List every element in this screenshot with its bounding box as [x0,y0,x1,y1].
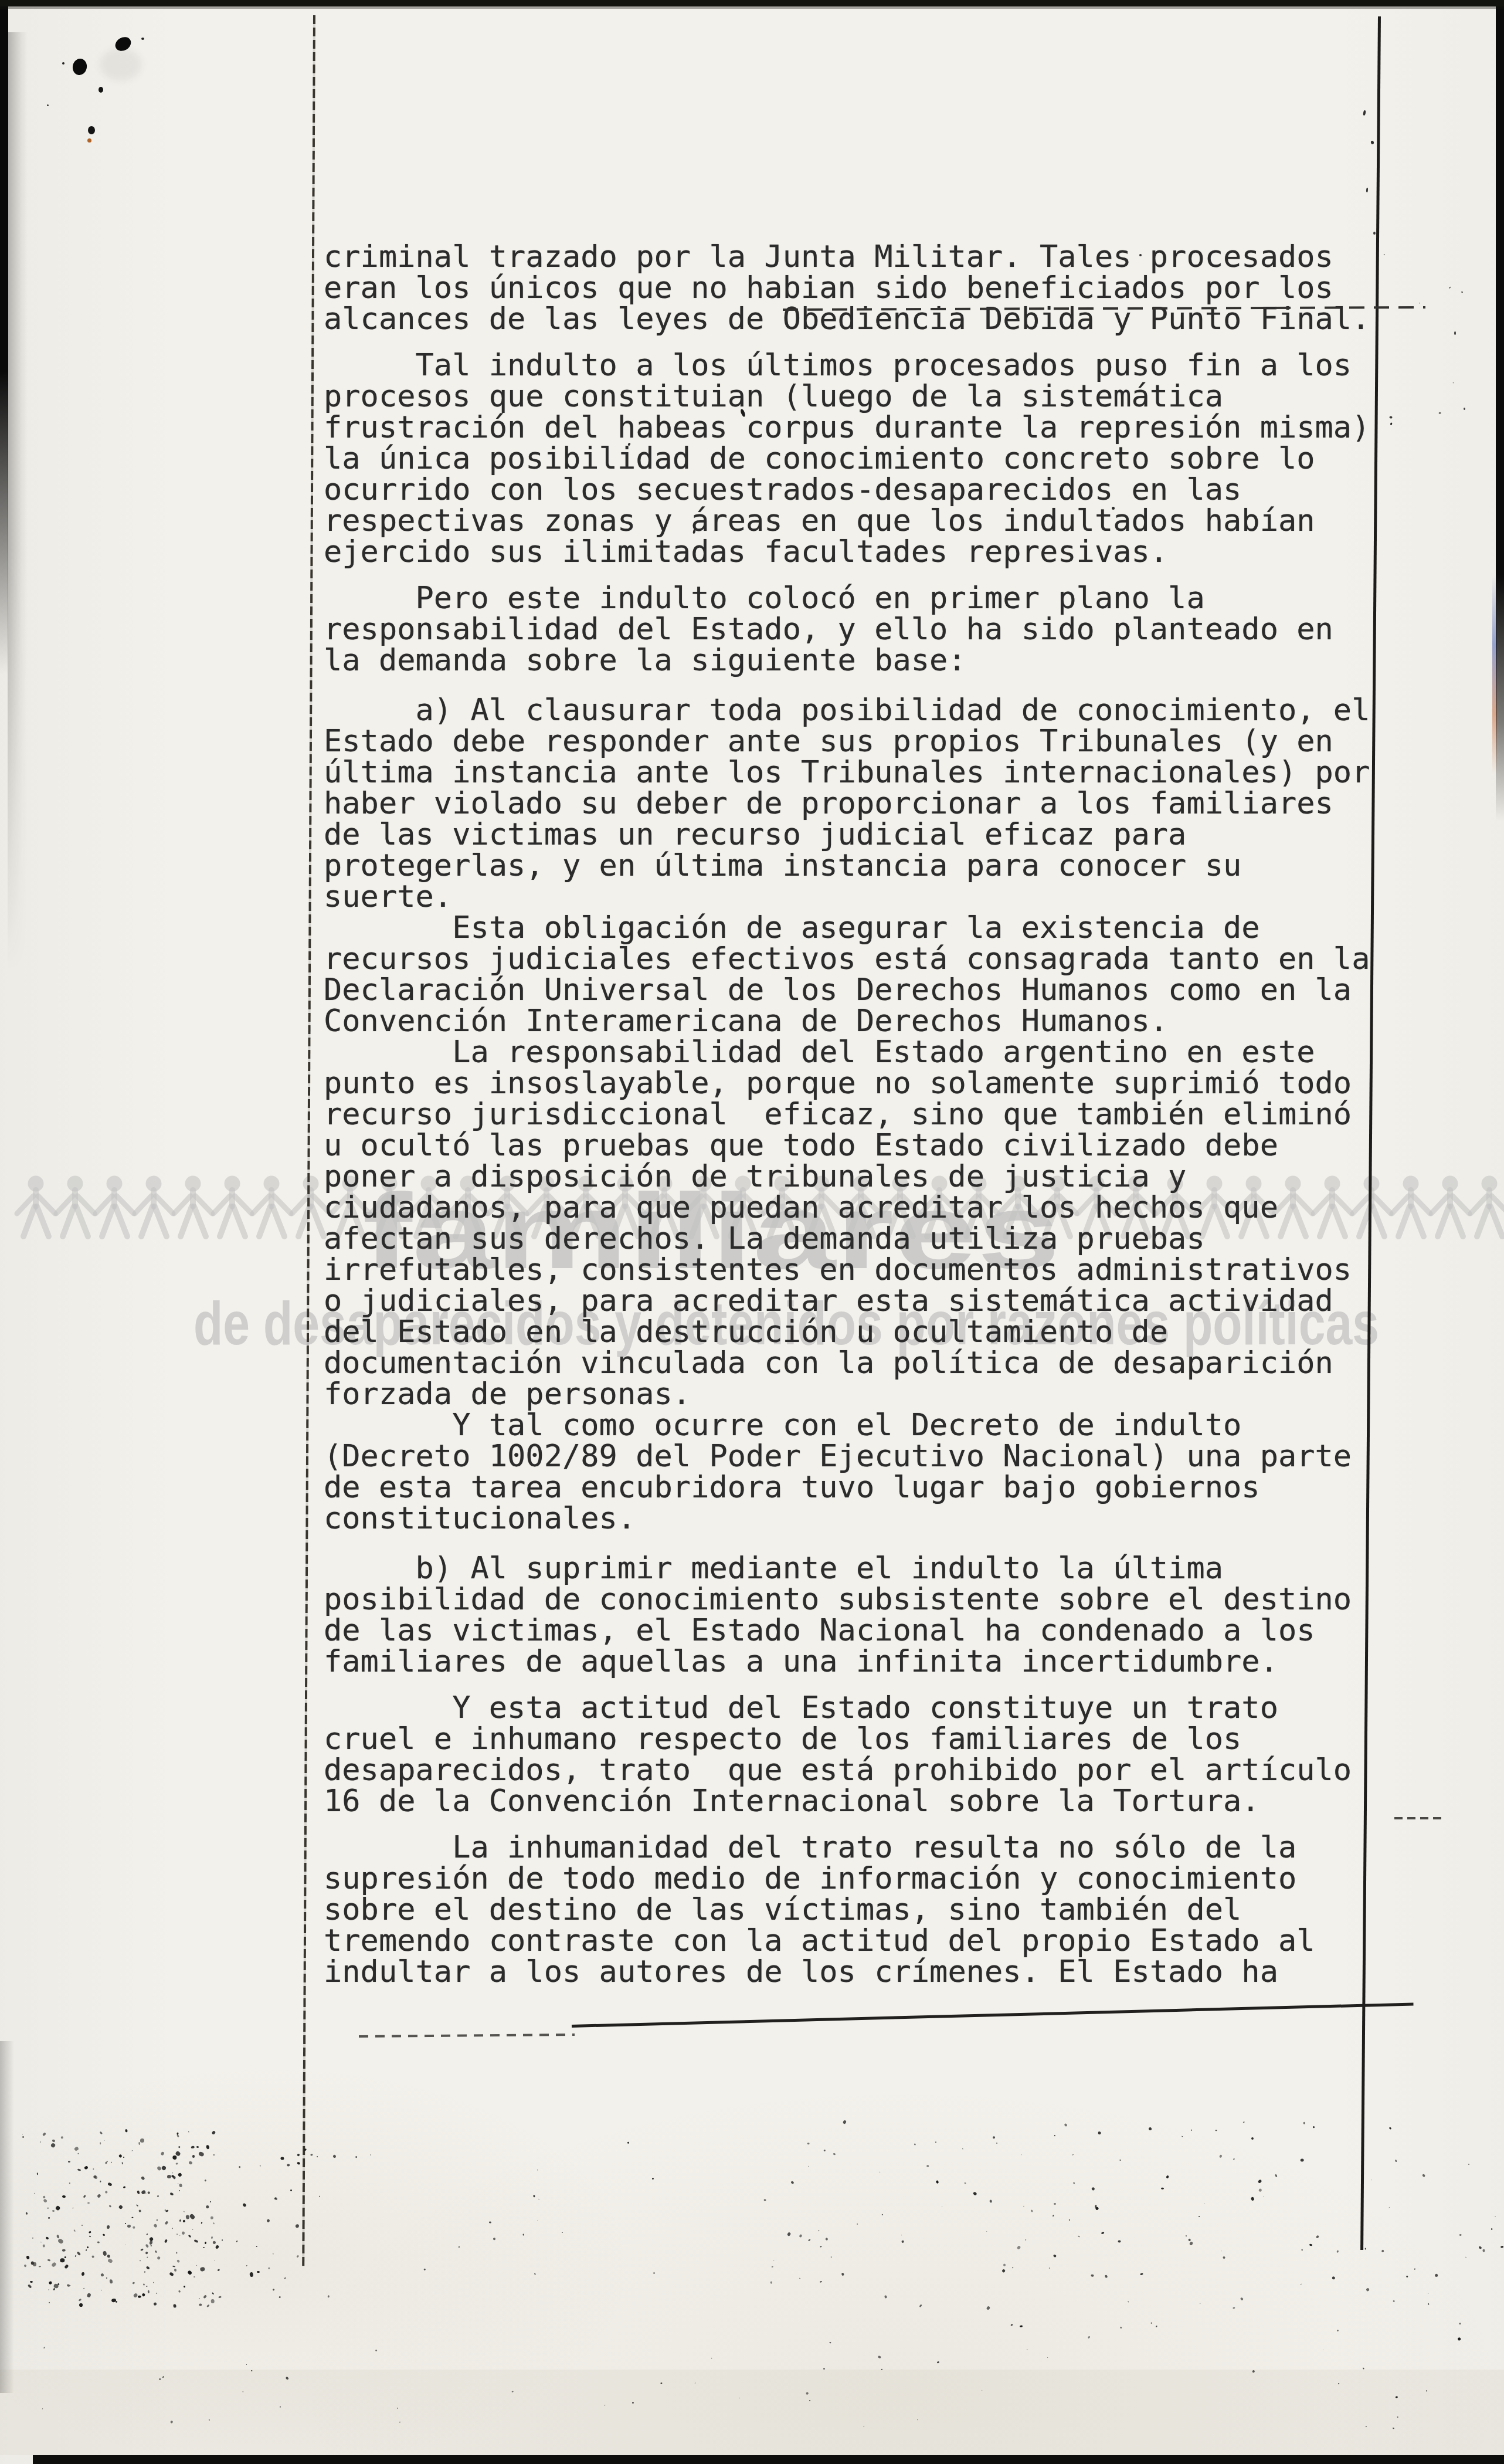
ink-speck [22,2134,22,2134]
ink-speck [878,2355,881,2358]
ink-speck [133,2282,135,2284]
ink-speck [1366,2287,1370,2292]
ink-speck [165,2209,169,2212]
ink-speck [61,2136,64,2139]
ink-speck [107,2255,111,2258]
paragraph-block: La inhumanidad del trato resulta no sólo… [324,1832,1426,1988]
text-line: Pero este indulto colocó en primer plano… [324,583,1426,614]
ink-speck [127,2225,130,2228]
ink-speck [1200,2303,1201,2304]
text-line: constitucionales. [324,1503,1426,1534]
ink-speck [371,2154,372,2155]
ink-speck [1428,2303,1430,2305]
ink-speck [132,2226,135,2229]
ink-speck [1454,331,1456,335]
ink-speck [820,2246,821,2248]
ink-speck [206,2145,209,2149]
ink-speck [176,2252,177,2253]
ink-speck [1336,2251,1339,2253]
ink-speck [901,2235,902,2236]
ink-speck [287,2164,290,2166]
ink-speck [522,2233,524,2235]
ink-speck [884,2294,887,2298]
text-line: sobre el destino de las víctimas, sino t… [324,1894,1426,1926]
ink-speck [155,2251,157,2253]
ink-speck [104,2191,107,2193]
ink-speck [993,2136,996,2138]
text-line: respectivas zonas y áreas en que los ind… [324,506,1426,537]
scan-edge-left-shadow [8,32,28,971]
ink-speck [185,2215,189,2219]
ink-speck [24,2264,27,2267]
ink-speck [87,2246,89,2249]
ink-speck [156,2166,161,2171]
ink-speck [79,2298,82,2301]
ink-speck [194,2239,199,2243]
ink-speck [1482,2249,1485,2252]
ink-speck [178,2290,181,2293]
ink-speck [1381,2249,1385,2253]
ink-speck [211,2236,213,2239]
ink-speck [176,2132,179,2134]
ink-speck [1128,2301,1129,2303]
ink-speck [47,2259,50,2261]
ink-speck [1457,2337,1461,2341]
ink-speck [111,2162,112,2163]
left-margin-line [302,15,315,2266]
ink-speck [257,2271,260,2273]
ink-speck [212,2131,216,2135]
ink-speck [1156,2325,1158,2327]
ink-speck [256,2246,257,2247]
ink-speck [1204,2204,1205,2204]
ink-speck [773,2260,774,2261]
ink-speck [942,2206,942,2207]
ink-speck [537,2170,538,2170]
ink-speck [1139,254,1142,256]
ink-speck [141,2176,145,2181]
ink-speck [97,2242,100,2244]
ink-speck [123,2186,125,2188]
text-line: a) Al clausurar toda posibilidad de cono… [324,695,1426,726]
text-line: Declaración Universal de los Derechos Hu… [324,975,1426,1006]
ink-speck [1001,2269,1006,2273]
ink-speck [86,2249,87,2251]
ink-speck [1010,2324,1013,2327]
ink-speck [74,2255,76,2257]
ink-speck [62,2249,66,2251]
ink-speck [125,2223,127,2224]
ink-speck [179,2183,183,2187]
ink-speck [187,2270,192,2275]
ink-speck [1140,2273,1143,2276]
ink-speck [1300,2158,1304,2163]
scan-edge-bottom [33,2455,1504,2464]
ink-speck [57,2238,64,2244]
ink-speck [272,2289,274,2291]
ink-speck [193,2276,195,2277]
ink-speck [880,2171,880,2172]
ink-speck [1021,2154,1022,2155]
ink-speck [1149,2127,1153,2131]
ink-speck [43,2132,46,2136]
ink-speck [1243,2121,1245,2123]
ink-speck [246,2265,247,2266]
ink-speck [99,87,103,93]
text-line: familiares de aquellas a una infinita in… [324,1646,1426,1677]
ink-speck [68,2161,70,2163]
ink-speck [184,2211,185,2212]
text-line: Y tal como ocurre con el Decreto de indu… [324,1410,1426,1441]
ink-speck [188,2131,189,2133]
text-line: forzada de personas. [324,1379,1426,1410]
ink-speck [1373,232,1376,235]
ink-speck [147,2191,151,2195]
ink-speck [64,2264,69,2269]
ink-speck [199,2303,202,2306]
ink-speck [653,2272,655,2274]
ink-speck [1166,2175,1169,2180]
ink-speck [1016,2245,1021,2250]
ink-speck [799,2277,800,2279]
text-line: ocurrido con los secuestrados-desapareci… [324,475,1426,506]
ink-speck [297,2153,300,2156]
text-line: Tal indulto a los últimos procesados pus… [324,350,1426,381]
ink-speck [99,2131,102,2134]
ink-speck [829,2342,831,2344]
ink-speck [238,2166,241,2169]
ink-speck [206,2304,209,2308]
text-line: la única posibilidad de conocimiento con… [324,443,1426,475]
ink-speck [296,2224,300,2228]
ink-speck [1301,2284,1302,2285]
ink-speck [1332,2276,1335,2280]
ink-speck [201,2222,203,2224]
ink-speck [304,2148,307,2151]
ink-speck [161,2165,167,2171]
ink-speck [1220,2250,1221,2251]
ink-speck [1216,2130,1217,2131]
ink-speck [73,2229,76,2232]
ink-speck [1316,2235,1319,2239]
ink-speck [64,2256,67,2259]
ink-speck [157,2195,159,2198]
text-line: responsabilidad del Estado, y ello ha si… [324,614,1426,645]
ink-speck [74,2147,79,2151]
ink-speck [1011,2267,1013,2268]
ink-speck [919,2304,922,2307]
ink-speck [1494,2216,1496,2217]
ink-speck [1258,2188,1262,2192]
ink-speck [169,2272,175,2276]
ink-speck [841,2273,845,2276]
ink-speck [1251,2137,1254,2139]
ink-speck [423,2268,426,2270]
ink-speck [807,2143,810,2144]
ink-speck [172,2172,173,2174]
scan-edge-left-bottom [0,2041,14,2393]
ink-speck [145,2251,148,2255]
ink-speck [538,2199,539,2200]
ink-speck [67,2284,70,2287]
ink-speck [1101,2232,1105,2235]
ink-speck [332,2154,337,2158]
ink-speck [1263,2197,1264,2197]
ink-speck [176,2134,179,2138]
ink-speck [77,2153,79,2154]
ink-speck [178,2182,179,2183]
ink-speck [1366,188,1369,192]
ink-speck [188,2234,191,2238]
ink-speck [212,2241,216,2244]
ink-speck [1240,2297,1244,2301]
text-line: La inhumanidad del trato resulta no sólo… [324,1832,1426,1863]
ink-speck [203,2294,208,2299]
ink-speck [146,2286,148,2287]
ink-speck [1003,2263,1006,2266]
scanned-page: familiares de desaparecidos y detenidos … [0,0,1504,2464]
ink-speck [51,2262,57,2268]
ink-speck [181,2231,185,2235]
ink-speck [1072,2154,1074,2155]
ink-speck [82,2272,84,2276]
ink-speck [320,2195,321,2197]
ink-speck [26,2255,30,2259]
ink-speck [25,2212,28,2215]
text-line: (Decreto 1002/89 del Poder Ejecutivo Nac… [324,1441,1426,1472]
ink-speck [179,2190,180,2191]
ink-speck [33,2262,37,2266]
ink-speck [1396,2160,1397,2162]
ink-speck [196,2265,197,2266]
ink-speck [1302,2249,1303,2251]
text-line: la demanda sobre la siguiente base: [324,645,1426,676]
text-line: de las victimas un recurso judicial efic… [324,819,1426,850]
paragraph-block: a) Al clausurar toda posibilidad de cono… [324,695,1426,1534]
ink-speck [902,2241,904,2243]
ink-speck [178,2146,180,2148]
ink-speck [47,104,49,106]
ink-speck [1181,2136,1183,2137]
ink-speck [1189,2241,1193,2246]
ink-speck [266,2219,270,2223]
ink-speck [189,2161,193,2165]
ink-speck [268,2268,270,2270]
paragraph-block: Tal indulto a los últimos procesados pus… [324,350,1426,568]
ink-speck [914,2143,916,2145]
ink-speck [43,2347,45,2349]
ink-speck [820,2280,822,2282]
ink-speck [1191,2130,1192,2131]
ink-speck [250,2370,252,2372]
ink-speck [156,2293,158,2294]
ink-speck [93,2168,94,2170]
text-line: recursos judiciales efectivos está consa… [324,944,1426,975]
ink-speck [55,2205,60,2211]
ink-speck [214,2260,215,2260]
ink-speck [1069,2219,1070,2221]
ink-speck [488,2221,491,2224]
ink-speck [140,2138,145,2143]
ink-speck [34,2193,35,2194]
ink-speck [1461,292,1463,293]
ink-speck [205,2205,209,2208]
ink-speck [1219,2154,1223,2158]
text-line: indultar a los autores de los crímenes. … [324,1957,1426,1988]
ink-speck [212,2292,214,2294]
ink-speck [1091,2187,1095,2191]
ink-speck [198,2151,205,2157]
ink-speck [211,2299,215,2303]
ink-speck [82,2225,83,2226]
ink-speck [857,2224,858,2225]
ink-speck [1309,2244,1313,2246]
ink-speck [1464,408,1465,410]
ink-speck [1405,2275,1408,2277]
ink-speck [135,2204,138,2207]
ink-speck [179,2235,180,2236]
ink-speck [131,2150,133,2152]
ink-speck [22,2136,25,2138]
text-line: de esta tarea encubridora tuvo lugar baj… [324,1472,1426,1503]
ink-speck [87,138,91,143]
text-line: documentación vinculada con la política … [324,1348,1426,1379]
ink-speck [211,2216,213,2219]
ink-speck [100,2181,101,2182]
ink-speck [1222,2256,1225,2259]
ink-speck [147,2256,148,2258]
ink-speck [1323,2350,1323,2350]
text-line: eran los únicos que no habian sido benef… [324,273,1426,304]
ink-speck [100,2273,104,2277]
margin-tick-dashes [1394,1817,1446,1819]
ink-speck [1186,2235,1187,2236]
ink-speck [116,2301,118,2303]
ink-speck [97,2194,101,2198]
ink-speck [1064,2123,1068,2127]
ink-speck [310,2154,313,2155]
ink-speck [218,2296,221,2298]
ink-speck [83,2288,85,2290]
ink-speck [1098,2131,1101,2134]
text-line: irrefutables, consistentes en documentos… [324,1255,1426,1286]
text-line: cruel e inhumano respecto de los familia… [324,1724,1426,1755]
ink-speck [170,2192,174,2195]
ink-speck [118,2154,123,2158]
ink-speck [1370,140,1374,144]
ink-speck [103,2251,107,2256]
text-line: poner a disposición de tribunales de jus… [324,1161,1426,1192]
ink-speck [89,2231,91,2233]
ink-speck [161,2151,165,2156]
ink-speck [1073,2182,1075,2185]
ink-speck [1026,2239,1027,2241]
paragraph-block: criminal trazado por la Junta Militar. T… [324,242,1426,335]
ink-speck [1049,2268,1051,2269]
ink-speck [91,2255,94,2258]
ink-speck [242,2203,247,2208]
ink-speck [296,2255,299,2258]
ink-speck [1388,2207,1390,2209]
ink-speck [27,2285,32,2289]
ink-speck [1371,2180,1371,2180]
ink-speck [40,2141,40,2143]
ink-speck [106,2225,110,2229]
ink-speck [148,2290,150,2293]
text-line: protegerlas, y en última instancia para … [324,850,1426,882]
ink-speck [881,2368,882,2370]
text-line: procesos que constituian (luego de la si… [324,381,1426,412]
scan-edge-right [1496,0,1504,821]
text-line: La responsabilidad del Estado argentino … [324,1037,1426,1068]
ink-speck [145,2192,147,2194]
ink-speck [1312,2126,1315,2129]
ink-speck [1088,2336,1091,2339]
ink-speck [1449,286,1451,289]
text-line: de las victimas, el Estado Nacional ha c… [324,1615,1426,1646]
ink-speck [1478,2246,1482,2249]
ink-speck [562,2232,563,2233]
ink-speck [149,2241,152,2245]
text-line: Estado debe responder ante sus propios T… [324,726,1426,757]
ink-speck [1053,2215,1055,2216]
ink-speck [138,2209,141,2212]
ink-speck [182,2219,185,2222]
text-line: o judiciales, para acreditar esta sistem… [324,1286,1426,1317]
ink-speck [1151,2323,1152,2324]
text-line: criminal trazado por la Junta Militar. T… [324,242,1426,273]
ink-speck [1095,2207,1099,2211]
ink-speck [825,2238,829,2241]
ink-speck [1363,110,1366,116]
ink-speck [375,2350,378,2351]
ink-speck [192,2155,195,2158]
ink-speck [53,2288,56,2291]
ink-speck [317,2155,318,2157]
ink-speck [1468,2164,1469,2165]
ink-speck [799,2234,803,2238]
ink-speck [281,2157,284,2160]
ink-speck [49,2302,50,2304]
ink-speck [87,2293,92,2298]
ink-speck [210,2201,212,2202]
ink-speck [533,2195,535,2198]
scan-edge-top-shadow [0,6,1504,9]
ink-speck [205,2242,206,2244]
ink-speck [39,2266,41,2268]
paragraph-block: Y esta actitud del Estado constituye un … [324,1693,1426,1817]
ink-speck [171,2228,173,2229]
ink-speck [107,2258,113,2263]
ink-speck [218,2269,220,2271]
ink-speck [1393,2300,1394,2302]
ink-speck [627,2141,629,2144]
ink-speck [763,2199,766,2201]
ink-speck [1422,2174,1425,2177]
ink-speck [926,2165,929,2168]
ink-speck [284,2277,286,2279]
scan-edge-top [0,0,1504,6]
ink-speck [141,2293,145,2297]
ink-speck [787,2232,791,2237]
ink-speck [1112,507,1115,510]
ink-speck [246,2364,247,2364]
ink-speck [221,2239,223,2241]
ink-speck [1120,2326,1122,2329]
ink-speck [83,2195,86,2198]
ink-speck [1078,2236,1080,2238]
text-line: desaparecidos, trato que está prohibido … [324,1755,1426,1786]
